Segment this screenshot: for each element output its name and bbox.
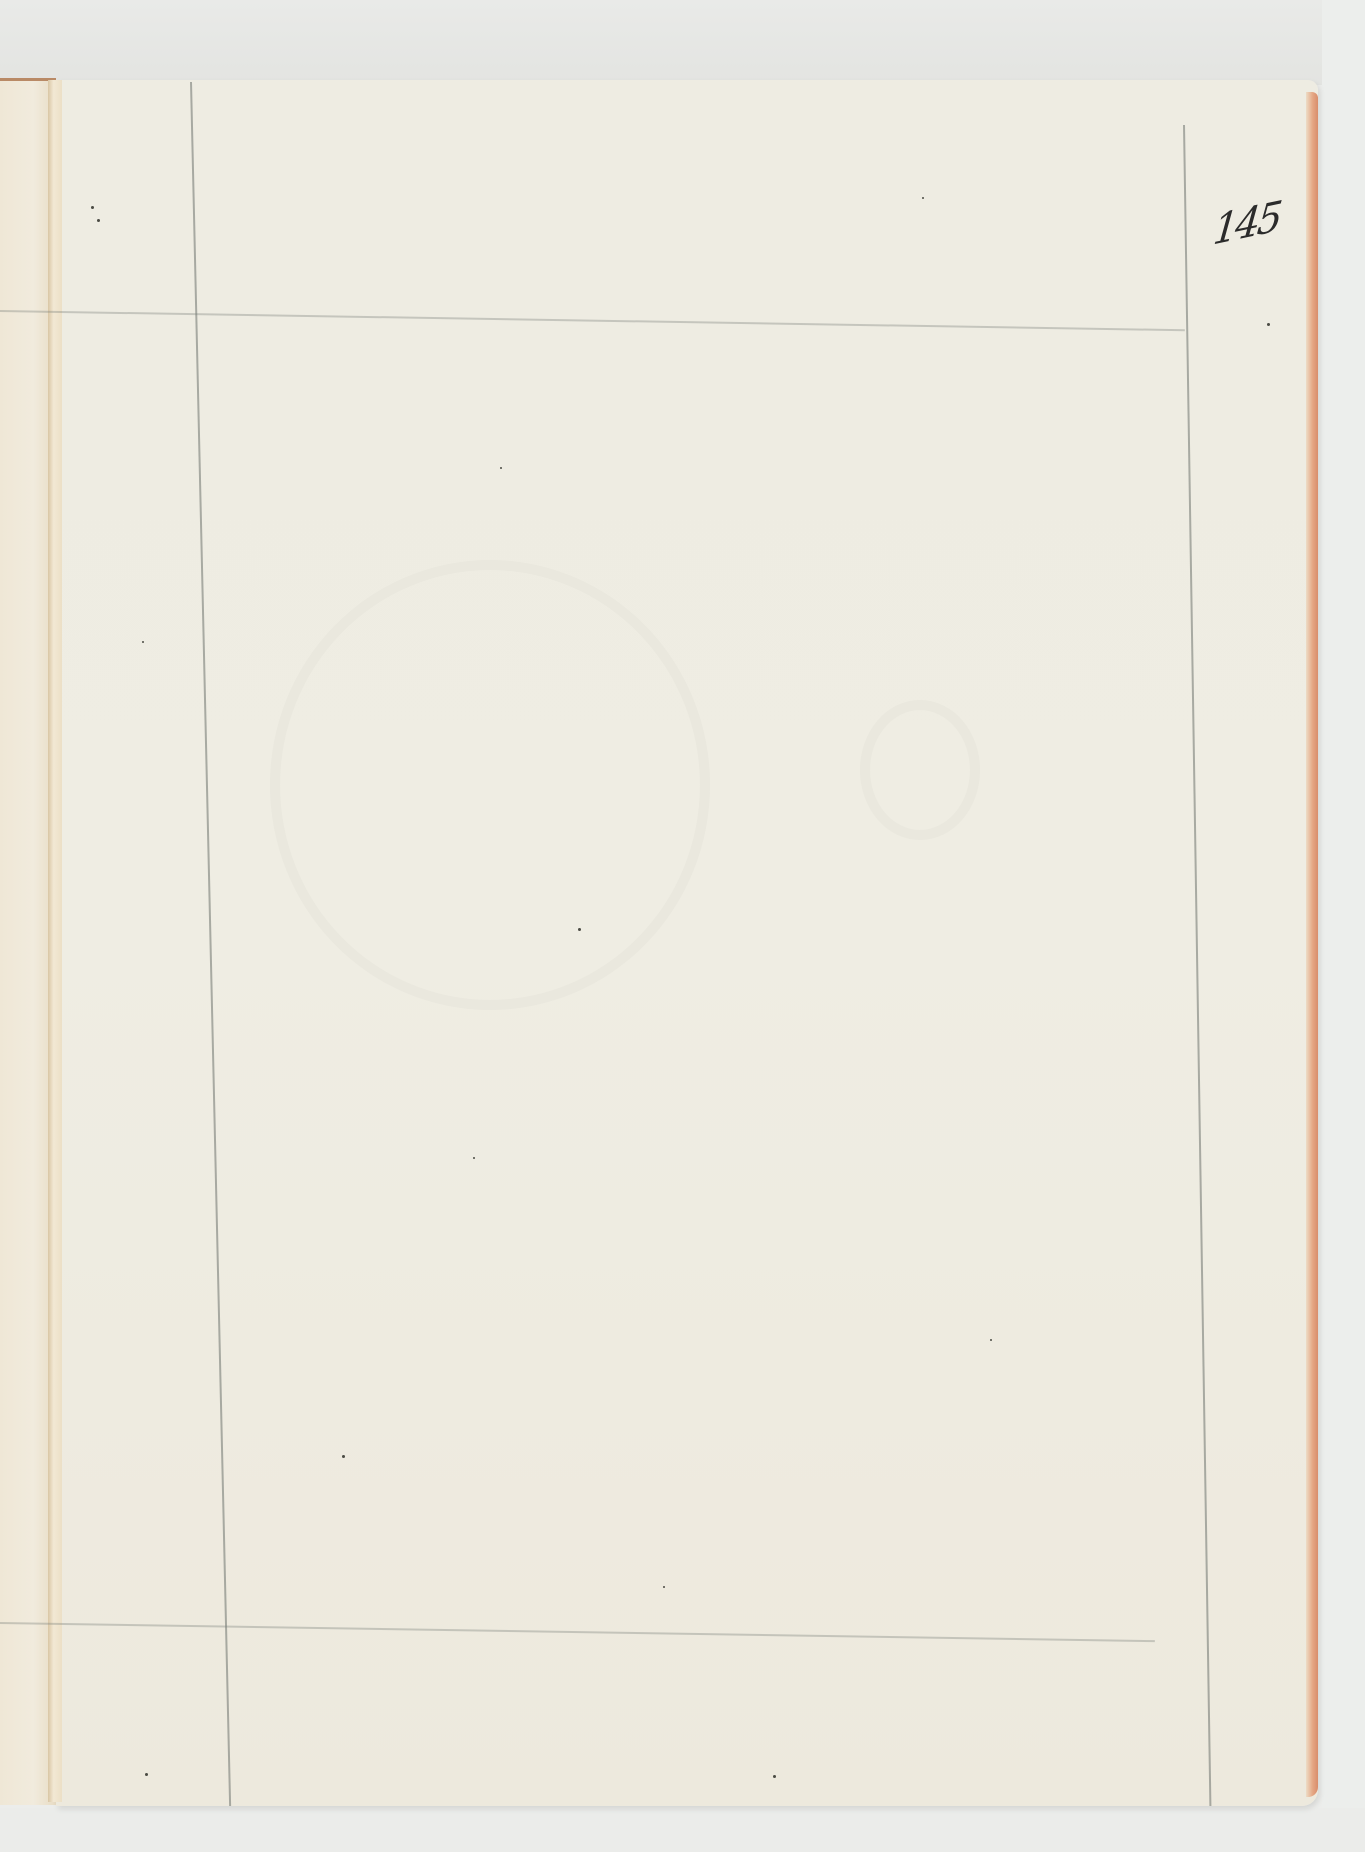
foxing-speck <box>922 197 924 199</box>
bleed-through-mark <box>270 560 710 1010</box>
foxing-speck <box>473 1157 475 1159</box>
book-gutter <box>48 80 62 1802</box>
foxing-speck <box>142 641 144 643</box>
foxing-speck <box>342 1455 345 1458</box>
foxing-speck <box>97 219 100 222</box>
foxing-speck <box>990 1339 992 1341</box>
page-fore-edge <box>1306 92 1318 1797</box>
bleed-through-mark <box>860 700 980 840</box>
foxing-speck <box>500 467 502 469</box>
scan-background-right <box>1322 0 1365 1852</box>
foxing-speck <box>773 1775 776 1778</box>
foxing-speck <box>145 1773 148 1776</box>
foxing-speck <box>578 928 581 931</box>
scan-background-top <box>0 0 1365 85</box>
scan-background-bottom <box>0 1808 1365 1852</box>
foxing-speck <box>91 206 94 209</box>
book-page <box>56 80 1318 1806</box>
foxing-speck <box>1267 323 1270 326</box>
foxing-speck <box>663 1586 665 1588</box>
